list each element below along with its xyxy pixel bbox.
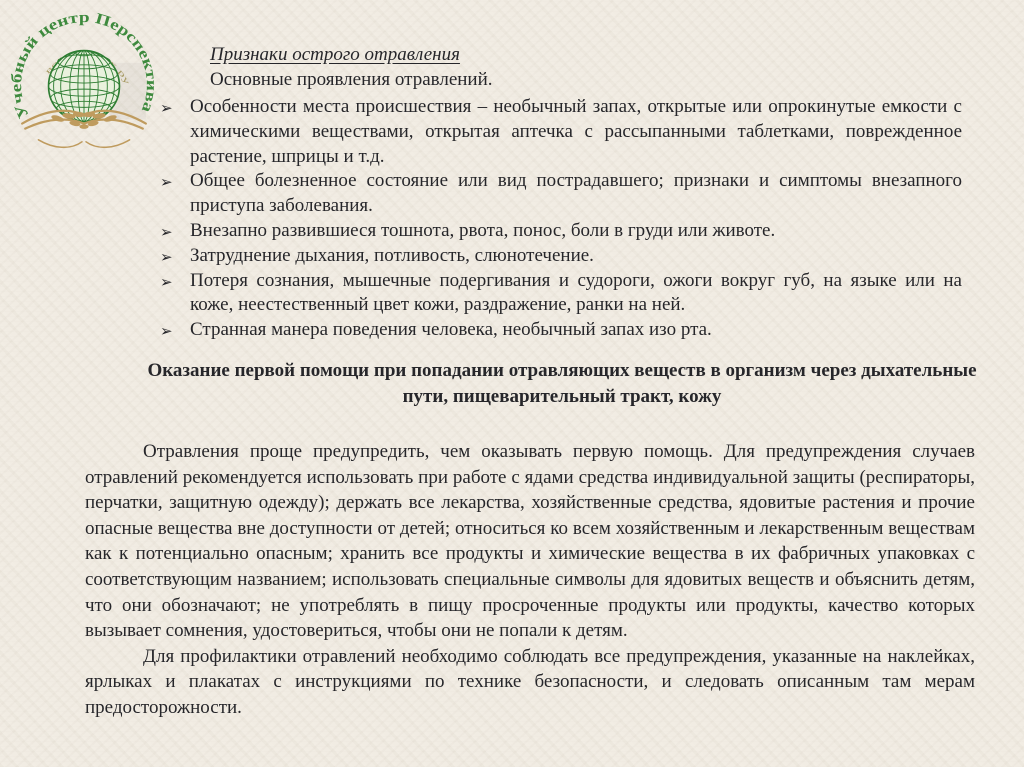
bullet-arrow-icon: ➢ [160,170,173,195]
list-item: ➢ Потеря сознания, мышечные подергивания… [160,269,962,319]
body-paragraphs: Отравления проще предупредить, чем оказы… [85,439,975,721]
list-item: ➢ Странная манера поведения человека, не… [160,318,962,343]
presentation-slide: Учебный центр Перспектива всё в твоих ру… [0,0,1024,767]
list-item-text: Странная манера поведения человека, необ… [190,319,712,340]
symptoms-list: ➢ Особенности места происшествия – необы… [160,95,962,343]
list-item-text: Потеря сознания, мышечные подергивания и… [190,270,962,316]
list-item: ➢ Затруднение дыхания, потливость, слюно… [160,244,962,269]
body-paragraph: Отравления проще предупредить, чем оказы… [85,439,975,644]
list-item-text: Внезапно развившиеся тошнота, рвота, пон… [190,220,775,241]
slide-content: Признаки острого отравления Основные про… [0,0,1024,721]
bullet-arrow-icon: ➢ [160,270,173,295]
page-title: Признаки острого отравления [210,42,1024,67]
title-block: Признаки острого отравления Основные про… [210,42,1024,92]
list-item: ➢ Общее болезненное состояние или вид по… [160,169,962,219]
bullet-arrow-icon: ➢ [160,245,173,270]
list-item-text: Общее болезненное состояние или вид пост… [190,170,962,216]
subtitle: Основные проявления отравлений. [210,67,1024,92]
bullet-arrow-icon: ➢ [160,96,173,121]
list-item-text: Особенности места происшествия – необычн… [190,96,962,167]
bullet-arrow-icon: ➢ [160,319,173,344]
list-item: ➢ Особенности места происшествия – необы… [160,95,962,169]
body-paragraph: Для профилактики отравлений необходимо с… [85,644,975,721]
list-item: ➢ Внезапно развившиеся тошнота, рвота, п… [160,219,962,244]
bullet-arrow-icon: ➢ [160,220,173,245]
list-item-text: Затруднение дыхания, потливость, слюноте… [190,245,594,266]
section-heading: Оказание первой помощи при попадании отр… [130,358,994,410]
